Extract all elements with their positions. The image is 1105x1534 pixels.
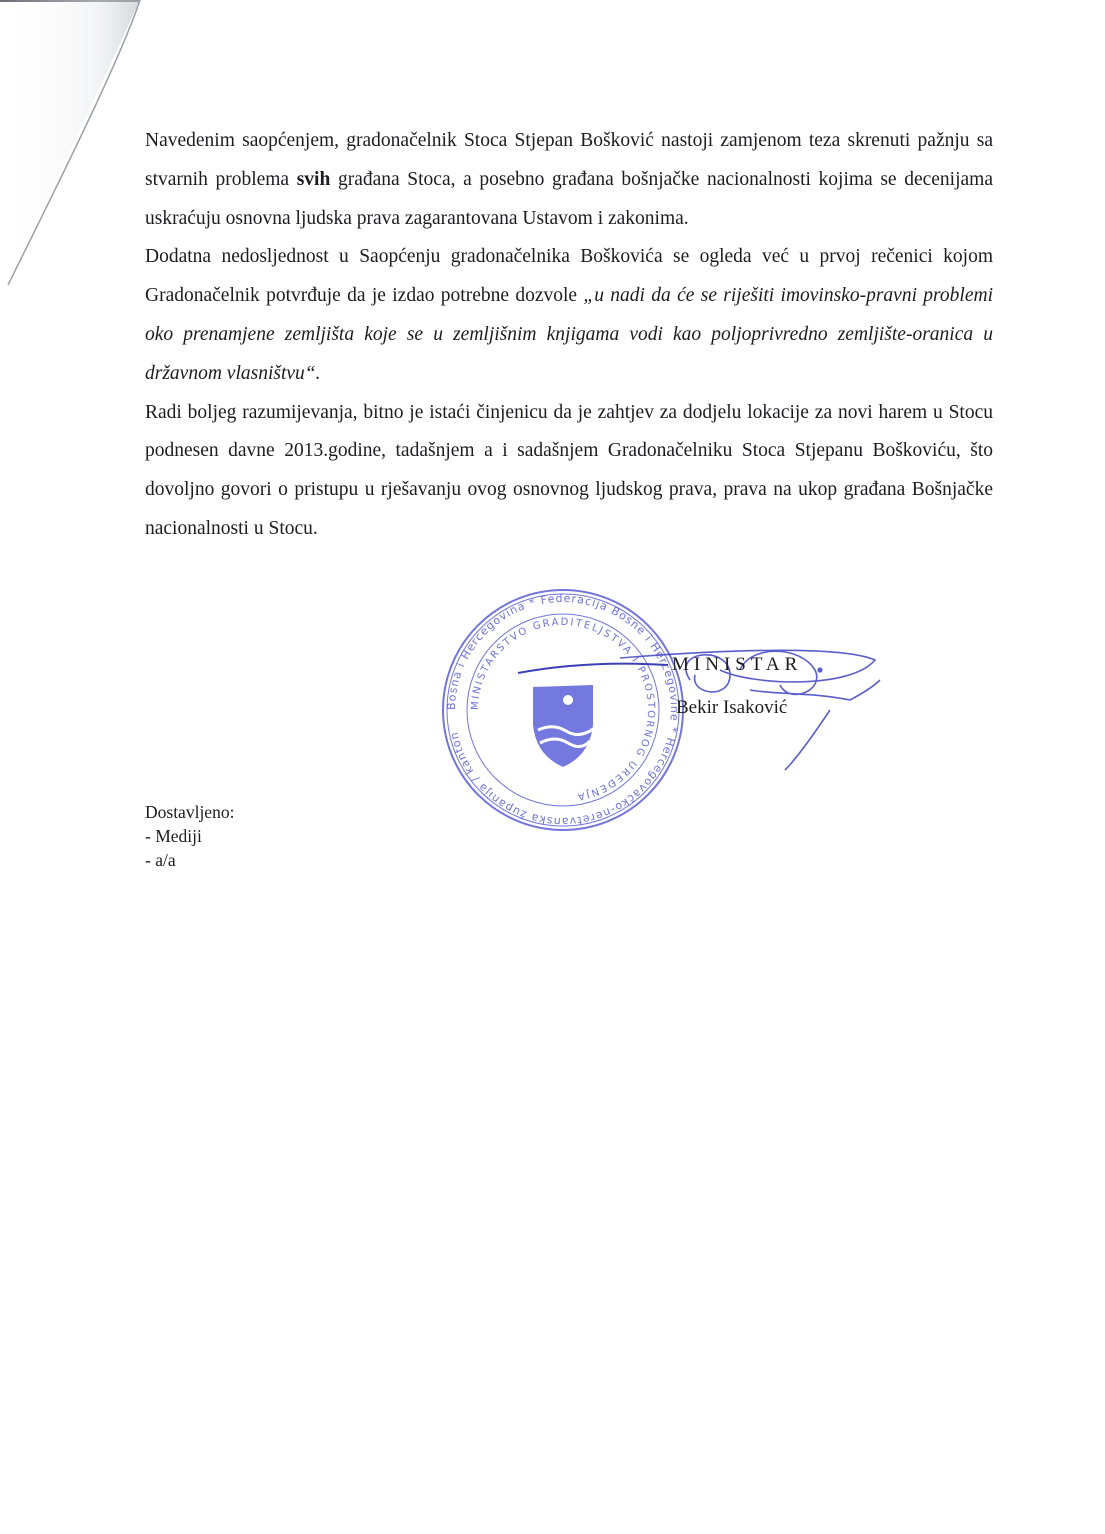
document-body: Navedenim saopćenjem, gradonačelnik Stoc… [145,122,993,549]
distribution-label: Dostavljeno: [145,800,234,824]
page-fold-shadow [0,0,150,290]
paragraph-2: Dodatna nedosljednost u Saopćenju gradon… [145,238,993,393]
distribution-list: Dostavljeno: - Mediji - a/a [145,800,234,872]
signer-name: Bekir Isaković [672,695,802,721]
paragraph-3: Radi boljeg razumijevanja, bitno je ista… [145,394,993,549]
signature-block: MINISTAR Bekir Isaković [672,652,802,721]
distribution-item: - a/a [145,848,234,872]
p3-text: Radi boljeg razumijevanja, bitno je ista… [145,402,993,539]
signer-title: MINISTAR [672,652,802,678]
p1-text-bold: svih [297,169,331,190]
paragraph-1: Navedenim saopćenjem, gradonačelnik Stoc… [145,122,993,238]
coat-of-arms-icon [533,685,593,767]
distribution-item: - Mediji [145,824,234,848]
